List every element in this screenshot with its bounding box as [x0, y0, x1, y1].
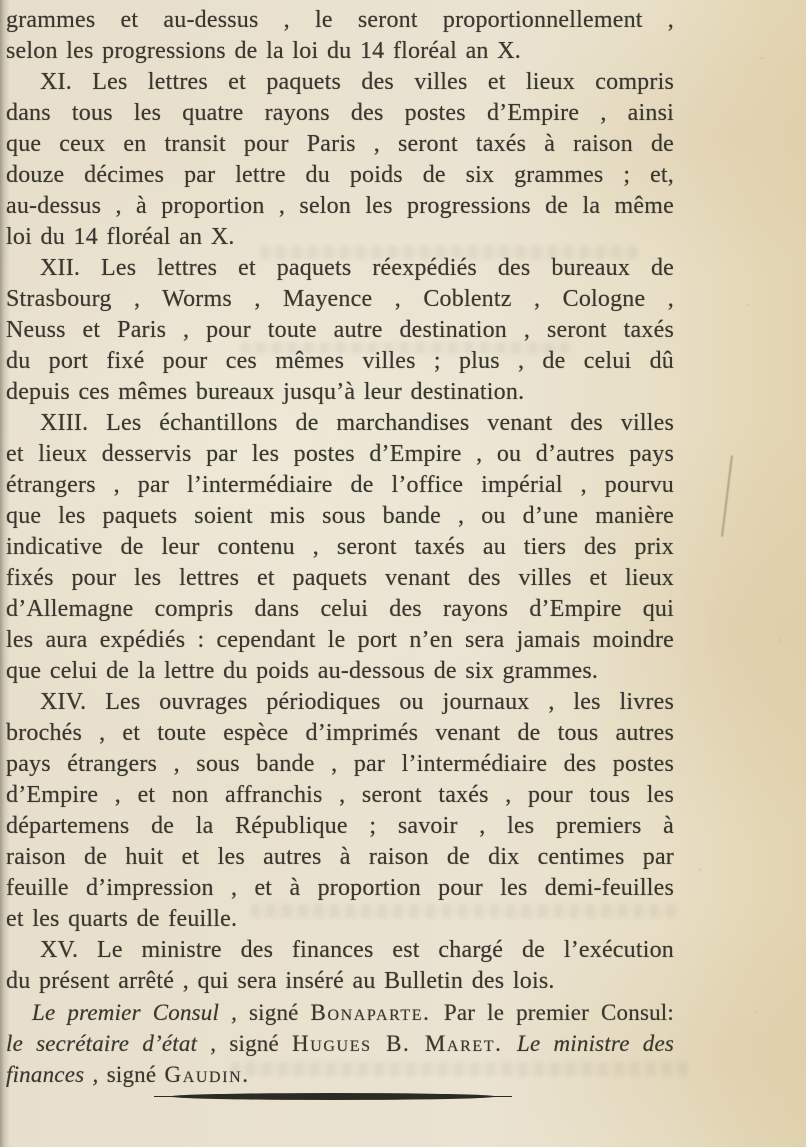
signature-segment-roman: signé	[249, 1000, 311, 1025]
text-line: que ceux en transit pour Paris , seront …	[6, 129, 674, 160]
paragraph-article-xiii: XIII. Les échantillons de marchandises v…	[6, 408, 674, 687]
text-line: loi du 14 floréal an X.	[6, 222, 674, 253]
text-line: selon les progressions de la loi du 14 f…	[6, 36, 674, 67]
scanned-document-page: grammes et au-dessus , le seront proport…	[0, 0, 806, 1147]
text-line: grammes et au-dessus , le seront proport…	[6, 5, 674, 36]
text-line: pays étrangers , sous bande , par l’inte…	[6, 749, 674, 780]
text-line: et lieux desservis par les postes d’Empi…	[6, 439, 674, 470]
signature-segment-italic: Le ministre des	[517, 1031, 674, 1056]
text-line: dans tous les quatre rayons des postes d…	[6, 98, 674, 129]
paragraph-article-xii: XII. Les lettres et paquets réexpédiés d…	[6, 253, 674, 408]
text-line: au-dessus , à proportion , selon les pro…	[6, 191, 674, 222]
signature-segment-smallcaps: Hugues B. Maret.	[292, 1031, 517, 1056]
signature-segment-italic: Le premier Consul ,	[32, 1000, 249, 1025]
text-line: d’Empire , et non affranchis , seront ta…	[6, 780, 674, 811]
signature-segment-roman: signé	[229, 1031, 292, 1056]
signature-segment-smallcaps: Bonaparte.	[311, 1000, 444, 1025]
text-line: XIII. Les échantillons de marchandises v…	[6, 408, 674, 439]
text-line: depuis ces mêmes bureaux jusqu’à leur de…	[6, 377, 674, 408]
text-line: que les paquets soient mis sous bande , …	[6, 501, 674, 532]
paragraph-article-xv: XV. Le ministre des finances est chargé …	[6, 935, 674, 997]
text-line: Neuss et Paris , pour toute autre destin…	[6, 315, 674, 346]
signature-line: finances , signé Gaudin.	[6, 1059, 674, 1090]
text-line: douze décimes par lettre du poids de six…	[6, 160, 674, 191]
text-line: les aura expédiés : cependant le port n’…	[6, 625, 674, 656]
text-line: du port fixé pour ces mêmes villes ; plu…	[6, 346, 674, 377]
text-line: Strasbourg , Worms , Mayence , Coblentz …	[6, 284, 674, 315]
text-line: XI. Les lettres et paquets des villes et…	[6, 67, 674, 98]
paragraph-continuation: grammes et au-dessus , le seront proport…	[6, 5, 674, 67]
text-line: raison de huit et les autres à raison de…	[6, 842, 674, 873]
end-rule	[170, 1093, 496, 1100]
signature-segment-roman: signé	[107, 1062, 165, 1087]
paragraph-article-xi: XI. Les lettres et paquets des villes et…	[6, 67, 674, 253]
text-line: fixés pour les lettres et paquets venant…	[6, 563, 674, 594]
text-line: que celui de la lettre du poids au-desso…	[6, 656, 674, 687]
text-line: brochés , et toute espèce d’imprimés ven…	[6, 718, 674, 749]
text-line: indicative de leur contenu , seront taxé…	[6, 532, 674, 563]
text-line: XV. Le ministre des finances est chargé …	[6, 935, 674, 966]
text-block: grammes et au-dessus , le seront proport…	[6, 5, 674, 1090]
signature-segment-smallcaps: Gaudin.	[165, 1062, 250, 1087]
signature-line: le secrétaire d’état , signé Hugues B. M…	[6, 1028, 674, 1059]
signature-line: Le premier Consul , signé Bonaparte. Par…	[6, 997, 674, 1028]
signature-segment-italic: finances ,	[6, 1062, 107, 1087]
signature-segment-roman: Par le premier Consul:	[444, 1000, 674, 1025]
text-line: départemens de la République ; savoir , …	[6, 811, 674, 842]
text-line: XII. Les lettres et paquets réexpédiés d…	[6, 253, 674, 284]
paragraph-article-xiv: XIV. Les ouvrages périodiques ou journau…	[6, 687, 674, 935]
text-line: d’Allemagne compris dans celui des rayon…	[6, 594, 674, 625]
text-line: du présent arrêté , qui sera inséré au B…	[6, 966, 674, 997]
signature-block: Le premier Consul , signé Bonaparte. Par…	[6, 997, 674, 1090]
paper-crease	[721, 455, 732, 537]
text-line: et les quarts de feuille.	[6, 904, 674, 935]
signature-segment-italic: le secrétaire d’état ,	[6, 1031, 229, 1056]
text-line: feuille d’impression , et à proportion p…	[6, 873, 674, 904]
text-line: XIV. Les ouvrages périodiques ou journau…	[6, 687, 674, 718]
text-line: étrangers , par l’intermédiaire de l’off…	[6, 470, 674, 501]
